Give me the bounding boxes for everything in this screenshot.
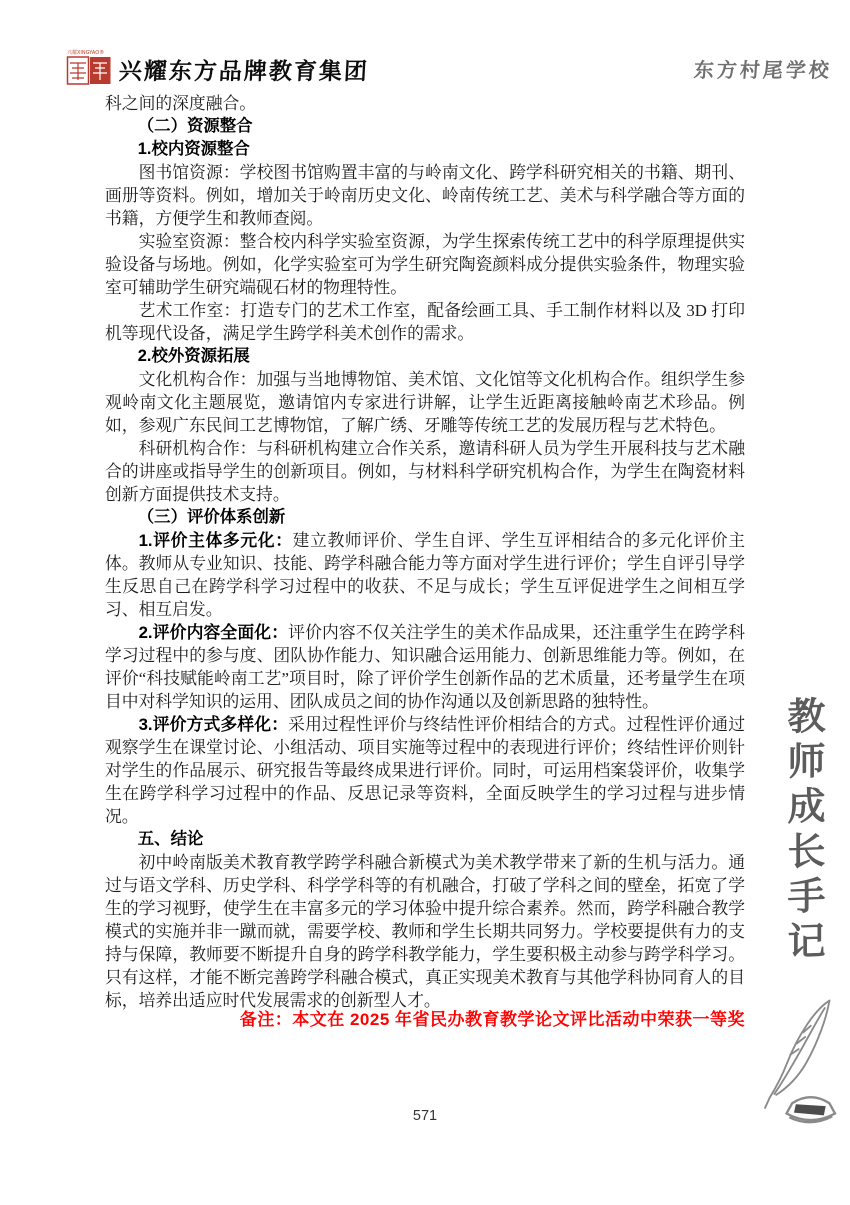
- header-brand-title: 兴耀东方品牌教育集团: [118, 53, 370, 88]
- section-heading: 1.校内资源整合: [105, 138, 745, 161]
- section-heading: （三）评价体系创新: [105, 506, 745, 529]
- header-school-name: 东方村尾学校: [693, 54, 833, 83]
- section-heading: 五、结论: [105, 828, 745, 851]
- paragraph-lead: 3.评价方式多样化：: [139, 715, 289, 734]
- page-number: 571: [105, 1108, 745, 1124]
- paragraph: 科之间的深度融合。: [105, 92, 745, 115]
- xingyao-seal-logo: 兴耀XINGYAO®: [66, 48, 112, 88]
- paragraph-lead: 1.评价主体多元化：: [139, 531, 293, 550]
- header-brand-group: 兴耀XINGYAO® 兴耀东方品牌教育集团: [66, 48, 369, 88]
- quill-and-ink-icon: [758, 995, 843, 1135]
- paragraph: 3.评价方式多样化：采用过程性评价与终结性评价相结合的方式。过程性评价通过观察学…: [105, 713, 745, 828]
- paragraph: 艺术工作室：打造专门的艺术工作室，配备绘画工具、手工制作材料以及 3D 打印机等…: [105, 299, 745, 345]
- document-page: 兴耀XINGYAO® 兴耀东方品牌教育集团 东方村尾学校 科之间的深度融合。（二…: [0, 0, 850, 1205]
- section-heading: 2.校外资源拓展: [105, 345, 745, 368]
- document-body: 科之间的深度融合。（二）资源整合1.校内资源整合图书馆资源：学校图书馆购置丰富的…: [105, 92, 745, 1012]
- paragraph-lead: 2.评价内容全面化：: [139, 623, 289, 642]
- paragraph: 图书馆资源：学校图书馆购置丰富的与岭南文化、跨学科研究相关的书籍、期刊、画册等资…: [105, 161, 745, 230]
- paragraph: 1.评价主体多元化：建立教师评价、学生自评、学生互评相结合的多元化评价主体。教师…: [105, 529, 745, 621]
- logo-tiny-text: 兴耀XINGYAO®: [67, 49, 104, 56]
- vertical-book-title: 教师成长手记: [776, 695, 831, 987]
- page-header: 兴耀XINGYAO® 兴耀东方品牌教育集团 东方村尾学校: [66, 46, 832, 90]
- paragraph: 初中岭南版美术教育教学跨学科融合新模式为美术教学带来了新的生机与活力。通过与语文…: [105, 851, 745, 1012]
- paragraph: 文化机构合作：加强与当地博物馆、美术馆、文化馆等文化机构合作。组织学生参观岭南文…: [105, 368, 745, 437]
- award-note: 备注：本文在 2025 年省民办教育教学论文评比活动中荣获一等奖: [105, 1005, 745, 1030]
- paragraph: 实验室资源：整合校内科学实验室资源，为学生探索传统工艺中的科学原理提供实验设备与…: [105, 230, 745, 299]
- paragraph: 科研机构合作：与科研机构建立合作关系，邀请科研人员为学生开展科技与艺术融合的讲座…: [105, 437, 745, 506]
- paragraph: 2.评价内容全面化：评价内容不仅关注学生的美术作品成果，还注重学生在跨学科学习过…: [105, 621, 745, 713]
- section-heading: （二）资源整合: [105, 115, 745, 138]
